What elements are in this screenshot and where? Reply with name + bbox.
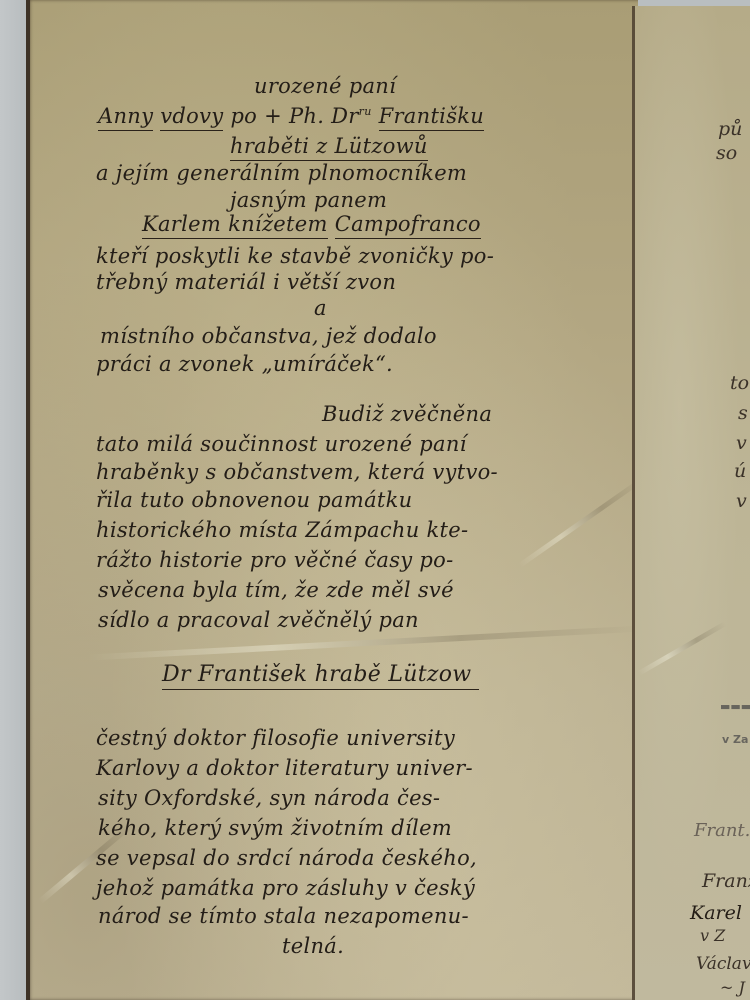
text-line: jasným panem — [230, 190, 387, 211]
right-page-fragment: ~ J — [720, 978, 745, 997]
text-line: Karlem knížetem Campofranco — [142, 214, 481, 235]
right-page-fragment: Frant. — [694, 820, 750, 841]
text-line: hraběti z Lützowů — [230, 136, 428, 157]
stamp-line: ▬▬▬▬ — [720, 700, 750, 713]
right-page-fragment: Václav — [696, 954, 750, 974]
right-page-fragment: to — [730, 372, 749, 394]
name-dr-frantisek-hrabe-lutzow: Dr František hrabě Lützow — [162, 662, 479, 690]
text-line: hraběnky s občanstvem, která vytvo- — [96, 462, 498, 483]
text-line: tato milá součinnost urozené paní — [96, 434, 467, 455]
paper-crease — [637, 621, 726, 675]
name-karel-knize: Karlem knížetem — [142, 212, 328, 239]
word-vdovy: vdovy — [160, 104, 223, 131]
text-line: rážto historie pro věčné časy po- — [96, 550, 454, 571]
paper-crease — [518, 477, 644, 567]
text-line: kého, který svým životním dílem — [98, 818, 452, 839]
text-line: Dr František hrabě Lützow — [162, 664, 479, 686]
text-line: Karlovy a doktor literatury univer- — [96, 758, 473, 779]
right-page-fragment: s — [738, 402, 748, 424]
text-line: telná. — [282, 936, 344, 957]
text-line: třebný materiál i větší zvon — [96, 272, 396, 293]
right-page-fragment: ú — [734, 460, 746, 482]
right-page-fragment: Franz — [702, 870, 750, 892]
text-line: národ se tímto stala nezapomenu- — [98, 906, 469, 927]
text-line: řila tuto obnovenou památku — [96, 490, 413, 511]
right-page-fragment: v Z — [700, 926, 725, 945]
right-page-fragment: pů — [718, 118, 742, 140]
text-line: jehož památka pro zásluhy v český — [96, 878, 475, 899]
right-page-fragment: so — [716, 142, 737, 164]
text-line: urozené paní — [254, 76, 396, 97]
text-line: Budiž zvěčněna — [322, 404, 492, 425]
name-campofranco: Campofranco — [335, 212, 481, 239]
name-frantisek: Františku — [379, 104, 485, 131]
text-line: práci a zvonek „umíráček“. — [96, 354, 393, 375]
text-line: sídlo a pracoval zvěčnělý pan — [98, 610, 419, 631]
photo-scene: urozené paní Anny vdovy po + Ph. Drru Fr… — [0, 0, 750, 1000]
text-line: a jejím generálním plnomocníkem — [96, 163, 467, 184]
text-line: historického místa Zámpachu kte- — [96, 520, 468, 541]
text-line: místního občanstva, jež dodalo — [100, 326, 437, 347]
text-line: Anny vdovy po + Ph. Drru Františku — [98, 106, 484, 127]
word-po-phdr: po + Ph. Dr — [230, 104, 358, 128]
title-hrabeti-z-lutzowu: hraběti z Lützowů — [230, 134, 428, 161]
right-page-fragment: v — [736, 490, 747, 512]
text-line: sity Oxfordské, syn národa čes- — [98, 788, 440, 809]
text-line: čestný doktor filosofie university — [96, 728, 455, 749]
right-page-fragment: Karel — [690, 902, 742, 924]
text-line: kteří poskytli ke stavbě zvoničky po- — [96, 246, 494, 267]
text-line: se vepsal do srdcí národa českého, — [96, 848, 477, 869]
right-page-fragment: v — [736, 432, 747, 454]
name-anna: Anny — [98, 104, 153, 131]
stamp-line: v Za — [722, 733, 748, 746]
text-line: svěcena byla tím, že zde měl své — [98, 580, 454, 601]
text-line: a — [314, 298, 327, 319]
